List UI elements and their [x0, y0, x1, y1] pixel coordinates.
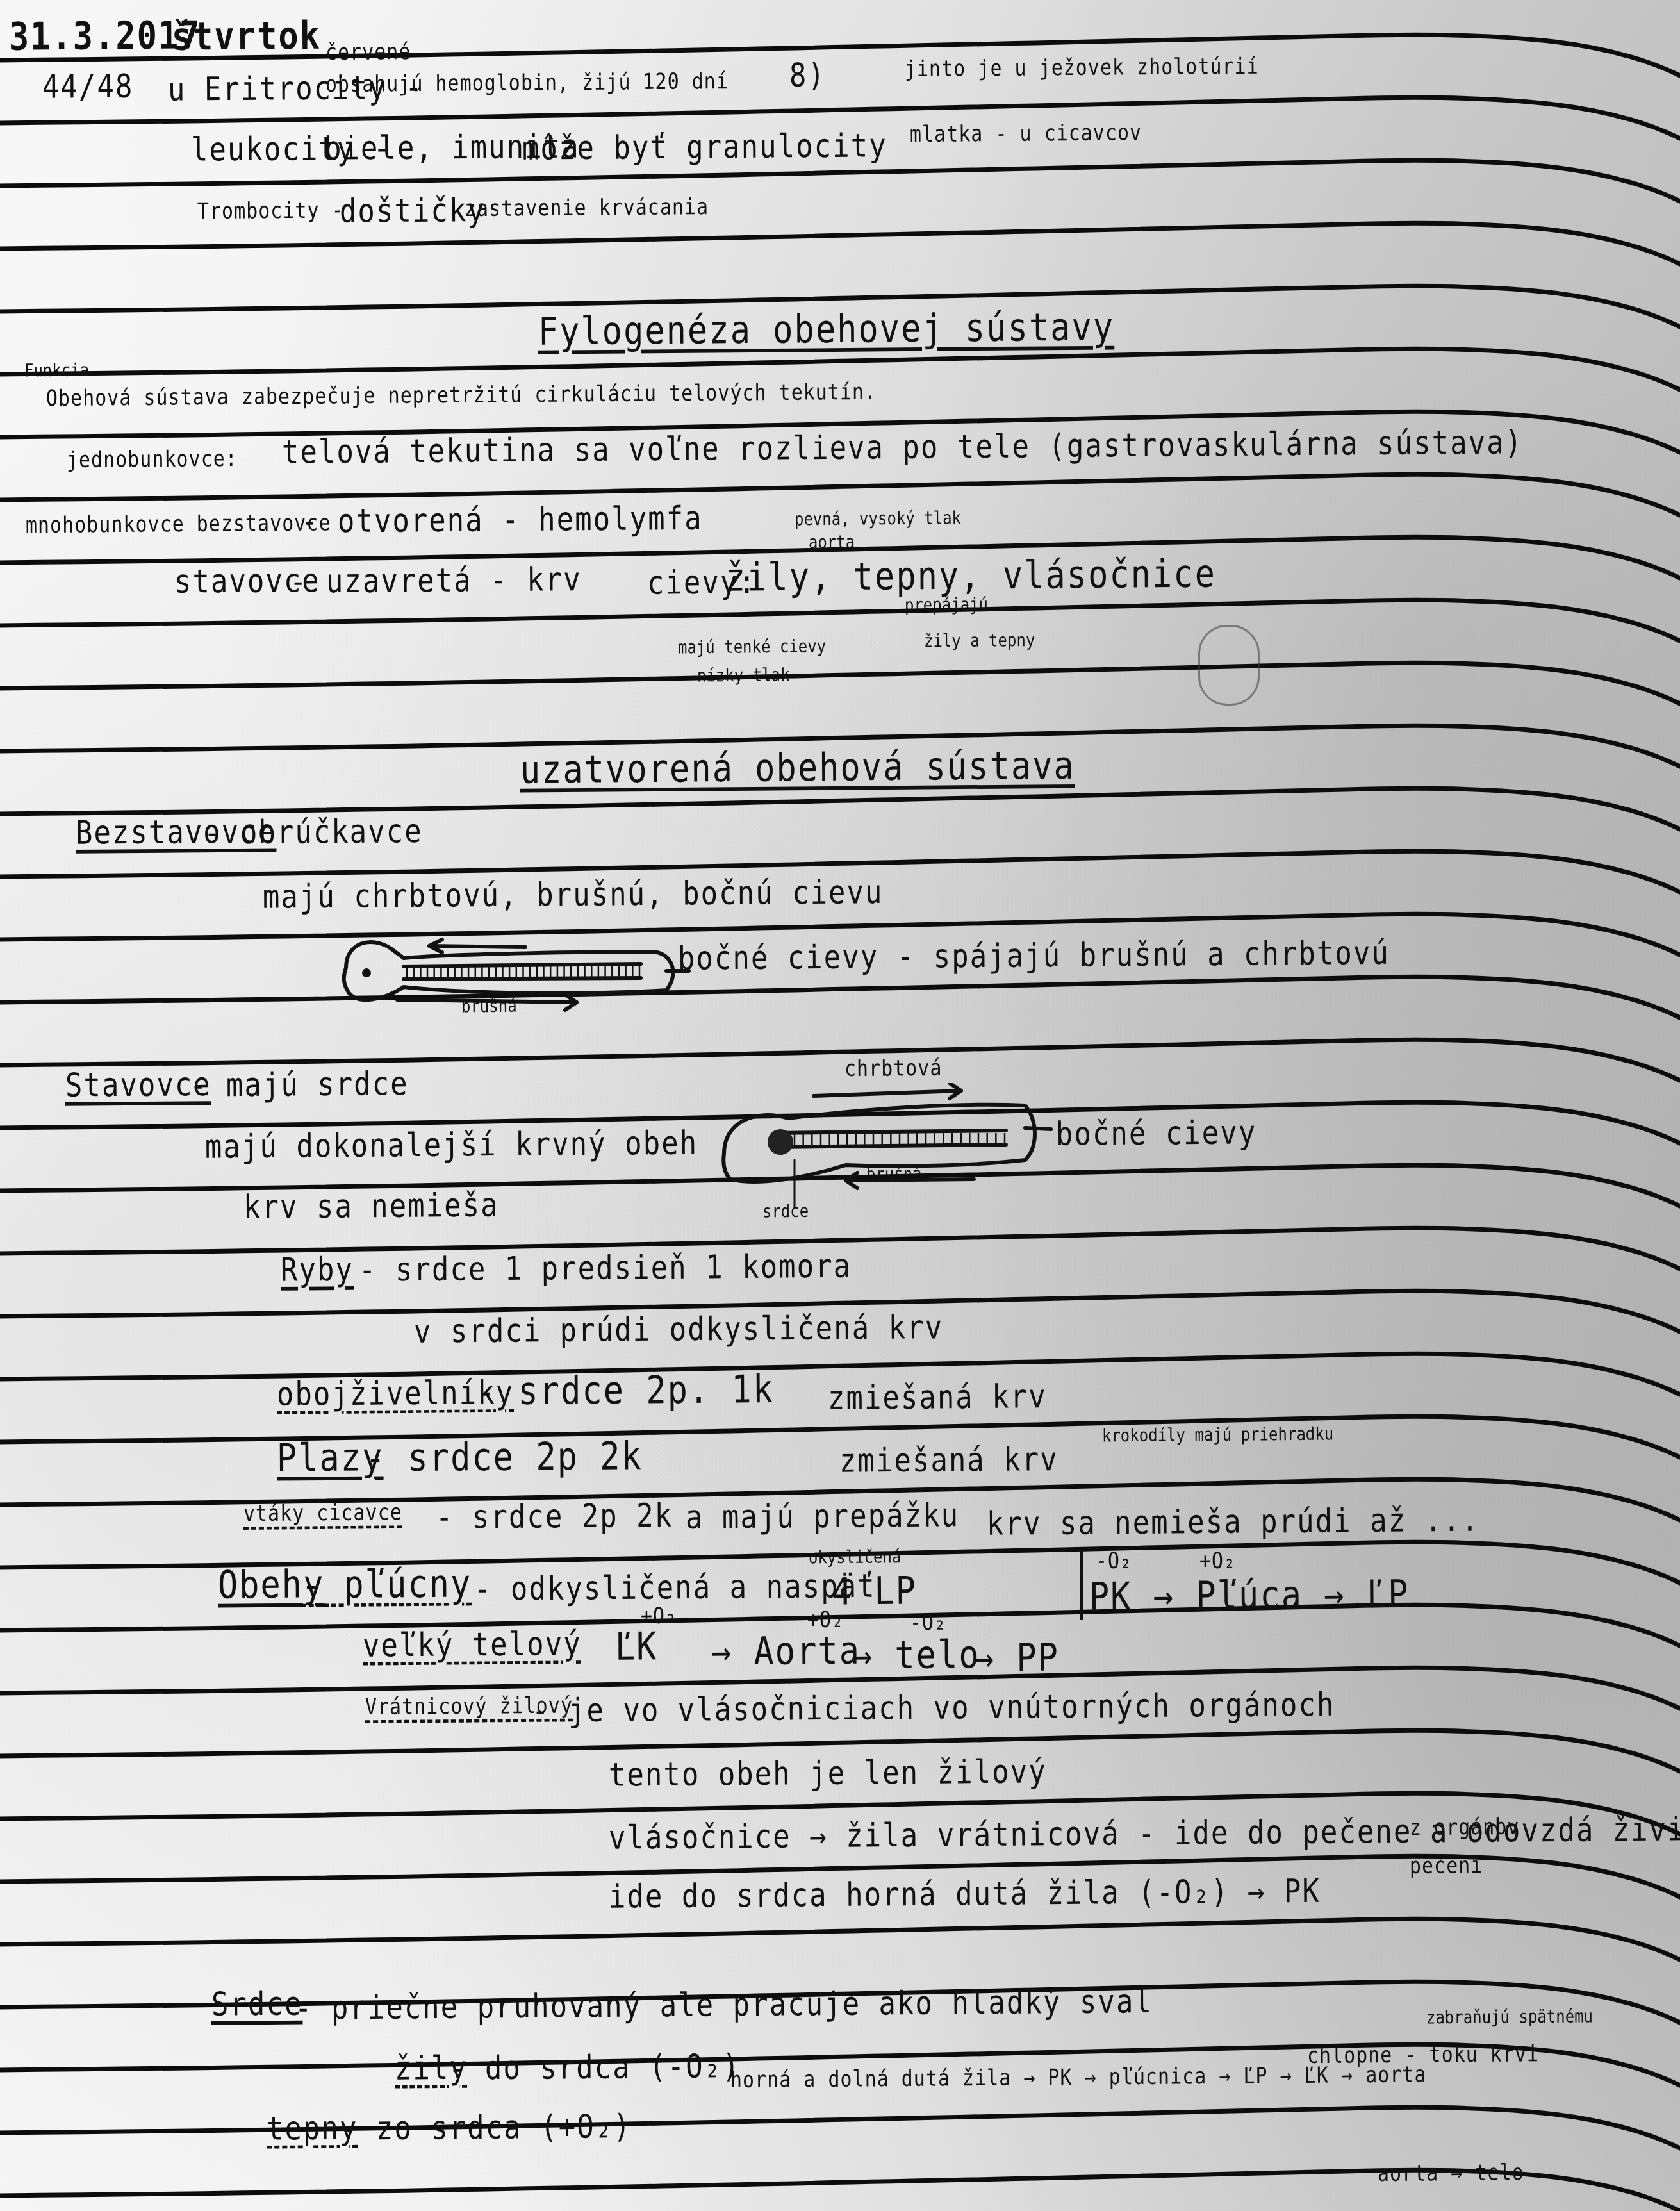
veins-text: - do srdca (-O₂) — [449, 2051, 741, 2085]
thrombocytes-desc: doštičky — [340, 195, 486, 228]
class-text-plazy: - srdce 2p 2k — [365, 1437, 643, 1478]
class-text-obojzivelniky: - srdce 2p. 1k — [475, 1370, 775, 1411]
stavovce-desc-2: krv sa nemieša — [243, 1189, 499, 1224]
right-note-2: mlatka - u cicavcov — [910, 122, 1142, 146]
portal-line-2: tento obeh je len žilový — [609, 1756, 1047, 1792]
annotation-prepajaju: prepájajú — [905, 595, 988, 614]
pulmonary-end: 4 LP — [832, 1572, 918, 1611]
class-text-ryby: - srdce 1 predsieň 1 komora — [359, 1250, 852, 1287]
systemic-flow-1: ĽK — [615, 1628, 658, 1666]
minus-o2-label: -O₂ — [1096, 1550, 1132, 1573]
pulmonary-label: - pľúcny — [301, 1565, 472, 1605]
jednobunkovce-text: telová tekutina sa voľne rozlieva po tel… — [282, 427, 1524, 469]
class-note-obojzivelniky: zmiešaná krv — [828, 1381, 1047, 1415]
mnohobunkovce-label: mnohobunkovce bezstavovce — [26, 513, 331, 537]
section-title-fylogeneza: Fylogenéza obehovej sústavy — [538, 308, 1115, 351]
mix-note: krv sa nemieša prúdi až ... — [987, 1504, 1480, 1541]
fish-sketch — [705, 1083, 1064, 1211]
page-ref: 44/48 — [42, 70, 134, 104]
annotation-nizky: nízky tlak — [697, 666, 790, 684]
class-note-vtaky: a majú prepážku — [686, 1500, 960, 1534]
systemic-flow-4: → PP — [974, 1639, 1060, 1678]
systemic-flow-2: → Aorta — [711, 1632, 861, 1671]
heart-annotation-bottom: aorta → telo — [1378, 2162, 1524, 2185]
mnohobunkovce-text: - otvorená - hemolymfa — [301, 502, 703, 538]
arteries-text: - zo srdca (+O₂) — [340, 2111, 632, 2146]
portal-annotation-2: pečeni — [1410, 1855, 1483, 1878]
class-text-vtaky: - srdce 2p 2k — [436, 1500, 673, 1534]
systemic-plus-o2-a: +O₂ — [641, 1605, 677, 1628]
fish-label-bottom: brušná — [866, 1165, 922, 1183]
weekday: štvrtok — [172, 17, 322, 56]
class-text-ryby-2: v srdci prúdi odkysličená krv — [414, 1312, 944, 1348]
faint-circle-mark — [1198, 625, 1260, 706]
plus-o2-label: +O₂ — [1199, 1550, 1236, 1573]
pulmonary-text: - odkysličená a naspäť — [474, 1570, 876, 1606]
side-label-funkcia: Funkcia — [24, 361, 89, 379]
stavovce-section-text: - majú srdce — [190, 1068, 409, 1102]
annotation-zily-tepny: žily a tepny — [924, 631, 1035, 650]
pulmonary-annotation: okysličená — [809, 1548, 902, 1566]
fish-label-heart: srdce — [762, 1202, 809, 1220]
heart-annotation-chlopne: chlopne - toku krvi — [1307, 2044, 1539, 2067]
worm-label-bottom: brušná — [461, 997, 517, 1015]
thrombocytes-label: Trombocity - — [197, 200, 344, 223]
pulmonary-flow: PK → Pľúca → ĽP — [1089, 1575, 1410, 1616]
portal-line-4: ide do srdca horná dutá žila (-O₂) → PK — [609, 1875, 1321, 1914]
crocodile-note: krokodíly majú priehradku — [1102, 1425, 1333, 1445]
portal-text: - je vo vlásočniciach vo vnútorných orgá… — [532, 1689, 1335, 1728]
section-title-uzatvorena: uzatvorená obehová sústava — [520, 747, 1075, 790]
class-name-ryby: Ryby — [281, 1254, 354, 1287]
erythro-annotation: červené — [325, 41, 411, 64]
heart-text: - priečne pruhovaný ale pracuje ako hlad… — [295, 1986, 1153, 2025]
systemic-minus-o2: -O₂ — [910, 1612, 946, 1634]
right-note: jinto je u ježovek zholotúrií — [905, 56, 1259, 81]
stavovce-text: - uzavretá - krv — [290, 564, 582, 599]
heart-label: Srdce — [211, 1988, 303, 2021]
leukocytes-extra: môže byť granulocity — [522, 130, 887, 165]
stavovce-desc-1: majú dokonalejší krvný obeh — [205, 1127, 698, 1164]
cievy-text: žily, tepny, vlásočnice — [725, 555, 1216, 597]
bezstavovce-text: - obrúčkavce — [204, 816, 423, 850]
divider-bar — [1080, 1550, 1083, 1620]
erythrocytes-desc: obsahujú hemoglobin, žijú 120 dní — [325, 70, 729, 96]
systemic-label: veľký telový — [363, 1628, 582, 1662]
systemic-plus-o2-b: +O₂ — [807, 1609, 844, 1632]
class-name-vtaky: vtáky cicavce — [243, 1502, 402, 1525]
right-note-number: 8) — [789, 60, 826, 92]
jednobunkovce-label: jednobunkovce: — [67, 448, 238, 472]
fish-label-top: chrbtová — [844, 1057, 943, 1081]
annotation-tenke: majú tenké cievy — [678, 638, 826, 656]
worm-label-right: bočné cievy - spájajú brušnú a chrbtovú — [678, 937, 1390, 975]
annotation-aorta: aorta — [809, 533, 855, 551]
annotation-pevna: pevná, vysoký tlak — [795, 509, 961, 528]
fish-label-right: bočné cievy — [1056, 1117, 1257, 1151]
systemic-flow-3: → telo — [852, 1636, 980, 1675]
function-text: Obehová sústava zabezpečuje nepretržitú … — [46, 381, 877, 410]
portal-annotation: z orgánov — [1410, 1816, 1520, 1839]
class-note-plazy: zmiešaná krv — [839, 1444, 1058, 1478]
bezstavovce-desc: majú chrbtovú, brušnú, bočnú cievu — [263, 877, 884, 914]
thrombocytes-extra: zastavenie krvácania — [465, 196, 709, 220]
heart-annotation-top: zabraňujú spätnému — [1426, 2007, 1593, 2026]
